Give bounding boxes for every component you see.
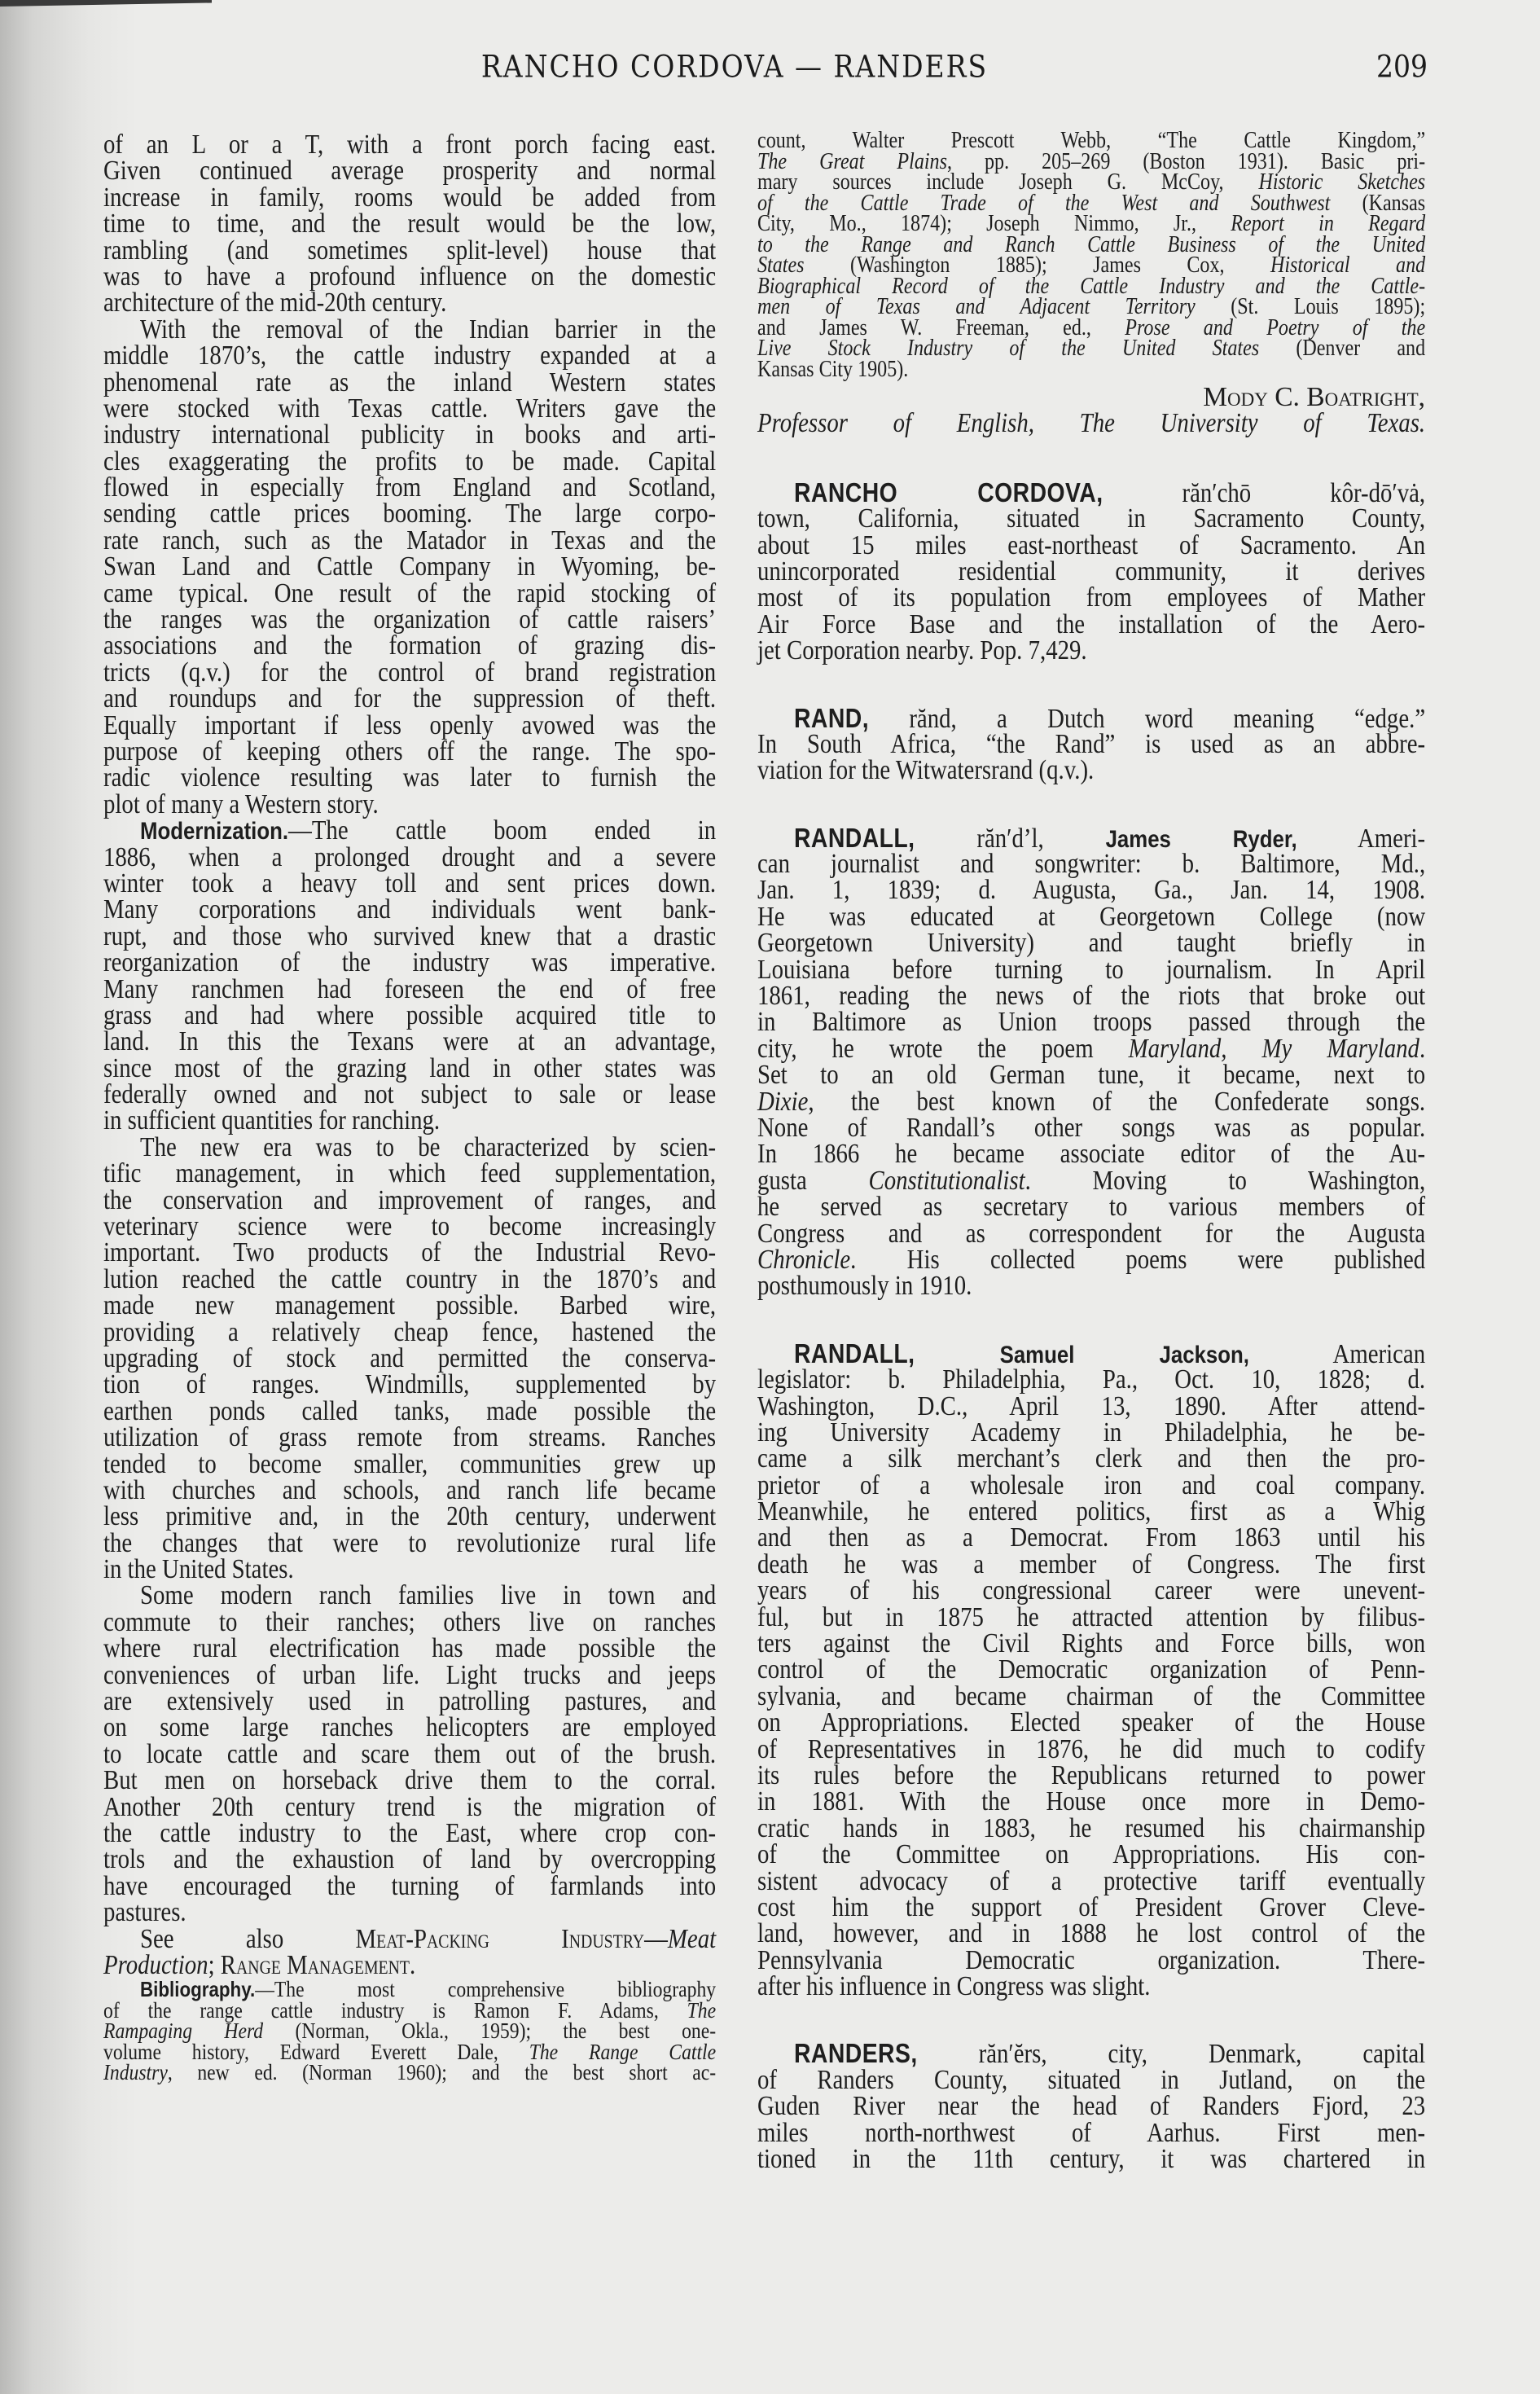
text-line: on some large ranches helicopters are em… (103, 1715, 716, 1741)
encyclopedia-entries: RANCHO CORDOVA, răn′chō kôr-dō′vȧ,town, … (757, 480, 1425, 2173)
text-line: and then as a Democrat. From 1863 until … (757, 1525, 1425, 1551)
text-line: in 1881. With the House once more in Dem… (757, 1789, 1425, 1815)
text-line: In 1866 he became associate editor of th… (757, 1141, 1425, 1167)
paragraph-cattle-expansion: With the removal of the Indian barrier i… (103, 317, 716, 818)
text-line: Many corporations and individuals went b… (103, 897, 716, 923)
text-line: Kansas City 1905). (757, 359, 1425, 380)
text-line: have encouraged the turning of farmlands… (103, 1873, 716, 1900)
text-line: important. Two products of the Industria… (103, 1240, 716, 1266)
text-line: rupt, and those who survived knew that a… (103, 924, 716, 950)
text-line: Congress and as correspondent for the Au… (757, 1221, 1425, 1247)
text-line: he served as secretary to various member… (757, 1194, 1425, 1220)
right-column: count, Walter Prescott Webb, “The Cattle… (757, 130, 1425, 2172)
text-line: most of its population from employees of… (757, 585, 1425, 611)
text-line: veterinary science were to become increa… (103, 1214, 716, 1240)
text-line: middle 1870’s, the cattle industry expan… (103, 343, 716, 369)
text-line: viation for the Witwatersrand (q.v.). (757, 758, 1425, 784)
text-line: can journalist and songwriter: b. Baltim… (757, 851, 1425, 877)
text-line: industry international publicity in book… (103, 422, 716, 448)
text-line: phenomenal rate as the inland Western st… (103, 370, 716, 396)
text-line: plot of many a Western story. (103, 792, 716, 818)
text-line: Set to an old German tune, it became, ne… (757, 1062, 1425, 1088)
text-line: rate ranch, such as the Matador in Texas… (103, 528, 716, 554)
text-line: of an L or a T, with a front porch facin… (103, 132, 716, 158)
text-line: time to time, and the result would be th… (103, 211, 716, 237)
text-line: Georgetown University) and taught briefl… (757, 930, 1425, 956)
text-line: sending cattle prices booming. The large… (103, 501, 716, 527)
text-line: architecture of the mid-20th century. (103, 290, 716, 316)
text-line: in sufficient quantities for ranching. (103, 1108, 716, 1134)
text-line: The new era was to be characterized by s… (103, 1135, 716, 1161)
text-line: jet Corporation nearby. Pop. 7,429. (757, 638, 1425, 664)
see-also-crossref: See also Meat-Packing Industry—Meat Prod… (103, 1926, 716, 1979)
text-line: Equally important if less openly avowed … (103, 713, 716, 739)
text-line: were stocked with Texas cattle. Writers … (103, 396, 716, 422)
text-line: Pennsylvania Democratic organization. Th… (757, 1948, 1425, 1974)
text-line: None of Randall’s other songs was as pop… (757, 1115, 1425, 1141)
text-line: upgrading of stock and permitted the con… (103, 1346, 716, 1372)
text-line: since most of the grazing land in other … (103, 1056, 716, 1082)
text-line: cost him the support of President Grover… (757, 1895, 1425, 1921)
left-column: of an L or a T, with a front porch facin… (103, 132, 716, 2082)
text-line: utilization of grass remote from streams… (103, 1425, 716, 1451)
text-line: cles exaggerating the profits to be made… (103, 449, 716, 475)
text-line: and roundups and for the suppression of … (103, 686, 716, 712)
text-line: Chronicle. His collected poems were publ… (757, 1247, 1425, 1273)
modernization-first-line: Modernization.—The cattle boom ended in (103, 818, 716, 844)
text-line: where rural electrification has made pos… (103, 1636, 716, 1662)
text-line: of the Committee on Appropriations. His … (757, 1842, 1425, 1868)
entry-first-line: RANDALL, răn′d’l, James Ryder, Ameri- (757, 825, 1425, 851)
text-line: town, California, situated in Sacramento… (757, 506, 1425, 532)
text-line: trols and the exhaustion of land by over… (103, 1847, 716, 1873)
text-line: tricts (q.v.) for the control of brand r… (103, 660, 716, 686)
text-line: Swan Land and Cattle Company in Wyoming,… (103, 554, 716, 580)
text-line: Many ranchmen had foreseen the end of fr… (103, 977, 716, 1003)
text-line: conveniences of urban life. Light trucks… (103, 1663, 716, 1689)
bibliography-continued: count, Walter Prescott Webb, “The Cattle… (757, 130, 1425, 380)
text-line: made new management possible. Barbed wir… (103, 1293, 716, 1319)
text-line: land. In this the Texans were at an adva… (103, 1029, 716, 1055)
text-line: tended to become smaller, communities gr… (103, 1452, 716, 1478)
author-signature: Mody C. Boatright, (757, 384, 1425, 411)
text-line: the changes that were to revolutionize r… (103, 1531, 716, 1557)
entry-first-line: RANDERS, răn′ĕrs, city, Denmark, capital (757, 2040, 1425, 2067)
text-line: providing a relatively cheap fence, hast… (103, 1320, 716, 1346)
text-line: was to have a profound influence on the … (103, 264, 716, 290)
text-line: legislator: b. Philadelphia, Pa., Oct. 1… (757, 1367, 1425, 1393)
text-line: prietor of a wholesale iron and coal com… (757, 1473, 1425, 1499)
text-line: less primitive and, in the 20th century,… (103, 1504, 716, 1530)
text-line: Air Force Base and the installation of t… (757, 612, 1425, 638)
text-line: ful, but in 1875 he attracted attention … (757, 1605, 1425, 1631)
paragraph-house-architecture: of an L or a T, with a front porch facin… (103, 132, 716, 317)
text-line: purpose of keeping others off the range.… (103, 739, 716, 765)
text-line: unincorporated residential community, it… (757, 559, 1425, 585)
text-line: flowed in especially from England and Sc… (103, 475, 716, 501)
text-line: posthumously in 1910. (757, 1273, 1425, 1299)
entry-first-line: RAND, rănd, a Dutch word meaning “edge.” (757, 705, 1425, 731)
text-line: ing University Academy in Philadelphia, … (757, 1420, 1425, 1446)
paragraph-new-era: The new era was to be characterized by s… (103, 1135, 716, 1584)
text-line: in Baltimore as Union troops passed thro… (757, 1009, 1425, 1035)
text-line: He was educated at Georgetown College (n… (757, 904, 1425, 930)
text-line: Given continued average prosperity and n… (103, 158, 716, 184)
text-line: about 15 miles east-northeast of Sacrame… (757, 533, 1425, 559)
entry-randers: RANDERS, răn′ĕrs, city, Denmark, capital… (757, 2040, 1425, 2172)
entry-ranchocordova: RANCHO CORDOVA, răn′chō kôr-dō′vȧ,town, … (757, 480, 1425, 665)
text-line: tioned in the 11th century, it was chart… (757, 2146, 1425, 2172)
text-line: are extensively used in patrolling pastu… (103, 1689, 716, 1715)
text-line: cratic hands in 1883, he resumed his cha… (757, 1816, 1425, 1842)
text-line: to locate cattle and scare them out of t… (103, 1742, 716, 1768)
text-line: sistent advocacy of a protective tariff … (757, 1869, 1425, 1895)
text-line: radic violence resulting was later to fu… (103, 765, 716, 791)
text-line: land, however, and in 1888 he lost contr… (757, 1921, 1425, 1947)
text-line: of Randers County, situated in Jutland, … (757, 2067, 1425, 2093)
text-line: after his influence in Congress was slig… (757, 1974, 1425, 2000)
entry-randall: RANDALL, răn′d’l, James Ryder, Ameri-can… (757, 825, 1425, 1300)
bibliography-section: Bibliography.—The most comprehensive bib… (103, 1979, 716, 2082)
paragraph-modern-ranch-families: Some modern ranch families live in town … (103, 1583, 716, 1926)
text-line: Guden River near the head of Randers Fjo… (757, 2093, 1425, 2119)
text-line: came typical. One result of the rapid st… (103, 581, 716, 607)
running-head: RANCHO CORDOVA — RANDERS 209 (0, 51, 1540, 91)
text-line: sylvania, and became chairman of the Com… (757, 1684, 1425, 1710)
entry-rand: RAND, rănd, a Dutch word meaning “edge.”… (757, 705, 1425, 784)
text-line: Another 20th century trend is the migrat… (103, 1794, 716, 1821)
text-line: in the United States. (103, 1557, 716, 1583)
text-line: Louisiana before turning to journalism. … (757, 957, 1425, 983)
text-line: winter took a heavy toll and sent prices… (103, 871, 716, 897)
entry-randall: RANDALL, Samuel Jackson, Americanlegisla… (757, 1341, 1425, 2001)
text-line: lution reached the cattle country in the… (103, 1267, 716, 1293)
text-line: with churches and schools, and ranch lif… (103, 1478, 716, 1504)
text-line: increase in family, rooms would be added… (103, 185, 716, 211)
text-line: the conservation and improvement of rang… (103, 1188, 716, 1214)
text-line: commute to their ranches; others live on… (103, 1610, 716, 1636)
text-line: its rules before the Republicans returne… (757, 1763, 1425, 1789)
text-line: reorganization of the industry was imper… (103, 950, 716, 976)
text-line: In South Africa, “the Rand” is used as a… (757, 731, 1425, 758)
text-line: ters against the Civil Rights and Force … (757, 1631, 1425, 1657)
paragraph-modernization: Modernization.—The cattle boom ended in … (103, 818, 716, 1135)
text-line: 1886, when a prolonged drought and a sev… (103, 845, 716, 871)
modernization-heading: Modernization. (140, 818, 288, 845)
text-line: city, he wrote the poem Maryland, My Mar… (757, 1036, 1425, 1062)
text-line: grass and had where possible acquired ti… (103, 1003, 716, 1029)
text-line: miles north-northwest of Aarhus. First m… (757, 2120, 1425, 2146)
text-line: federally owned and not subject to sale … (103, 1082, 716, 1108)
entry-first-line: RANCHO CORDOVA, răn′chō kôr-dō′vȧ, (757, 480, 1425, 506)
text-line: pastures. (103, 1900, 716, 1926)
text-line: Jan. 1, 1839; d. Augusta, Ga., Jan. 14, … (757, 877, 1425, 903)
text-line: tion of ranges. Windmills, supplemented … (103, 1372, 716, 1398)
text-line: death he was a member of Congress. The f… (757, 1552, 1425, 1578)
text-line: With the removal of the Indian barrier i… (103, 317, 716, 343)
text-line: associations and the formation of grazin… (103, 633, 716, 659)
running-head-title: RANCHO CORDOVA — RANDERS (441, 49, 1028, 85)
text-line: the ranges was the organization of cattl… (103, 607, 716, 633)
text-line: rambling (and sometimes split-level) hou… (103, 238, 716, 264)
page-number: 209 (1376, 49, 1428, 85)
text-line: the cattle industry to the East, where c… (103, 1821, 716, 1847)
text-line: of Representatives in 1876, he did much … (757, 1737, 1425, 1763)
text-line: years of his congressional career were u… (757, 1578, 1425, 1604)
text-line: Industry, new ed. (Norman 1960); and the… (103, 2062, 716, 2082)
text-line: control of the Democratic organization o… (757, 1657, 1425, 1683)
text-line: came a silk merchant’s clerk and then th… (757, 1446, 1425, 1472)
text-line: Some modern ranch families live in town … (103, 1583, 716, 1609)
text-line: Washington, D.C., April 13, 1890. After … (757, 1394, 1425, 1420)
text-line: Dixie, the best known of the Confederate… (757, 1089, 1425, 1115)
text-line: earthen ponds called tanks, made possibl… (103, 1399, 716, 1425)
text-line: gusta Constitutionalist. Moving to Washi… (757, 1168, 1425, 1194)
text-line: on Appropriations. Elected speaker of th… (757, 1710, 1425, 1736)
entry-first-line: RANDALL, Samuel Jackson, American (757, 1341, 1425, 1367)
text-line: tific management, in which feed suppleme… (103, 1161, 716, 1187)
author-affiliation: Professor of English, The University of … (757, 411, 1425, 437)
text-line: But men on horseback drive them to the c… (103, 1768, 716, 1794)
text-line: 1861, reading the news of the riots that… (757, 983, 1425, 1009)
text-line: Meanwhile, he entered politics, first as… (757, 1499, 1425, 1525)
